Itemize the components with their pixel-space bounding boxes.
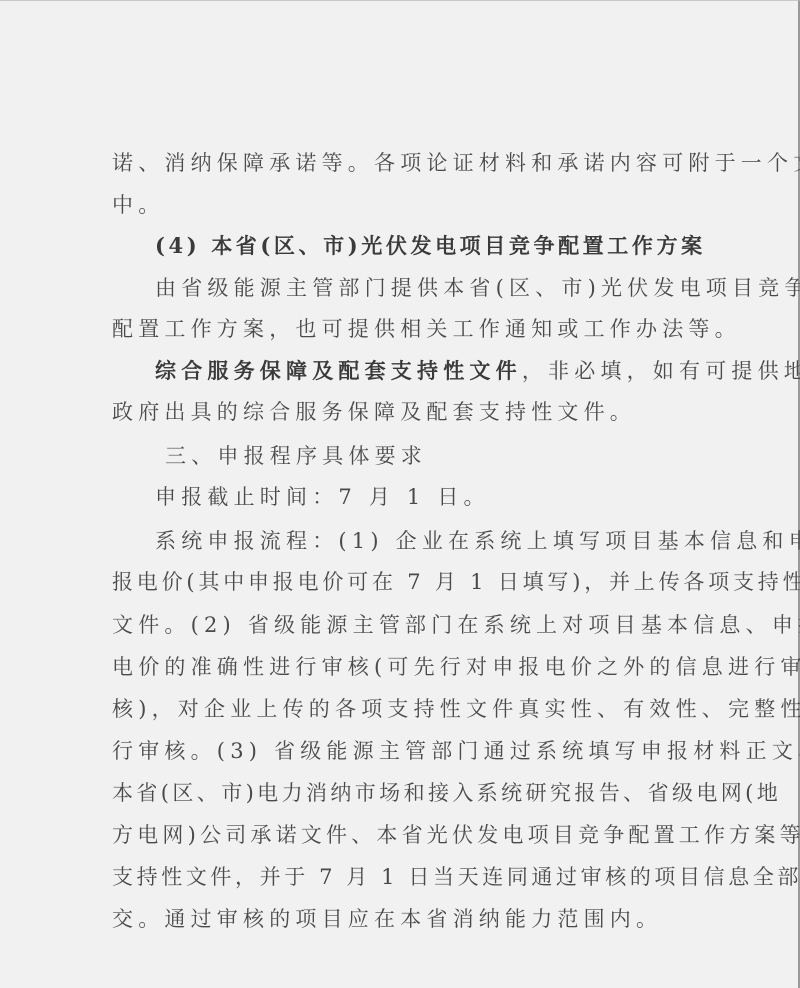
paragraph-line: 文件。(2) 省级能源主管部门在系统上对项目基本信息、申报 <box>112 613 712 637</box>
paragraph-line: 由省级能源主管部门提供本省(区、市)光伏发电项目竞争 <box>155 276 755 300</box>
paragraph-line: 交。通过审核的项目应在本省消纳能力范围内。 <box>112 907 712 931</box>
document-page: 诺、消纳保障承诺等。各项论证材料和承诺内容可附于一个文件 中。 (4) 本省(区… <box>0 0 800 988</box>
paragraph-line: 中。 <box>112 193 712 217</box>
section-heading: 三、申报程序具体要求 <box>165 444 765 468</box>
paragraph-line: 本省(区、市)电力消纳市场和接入系统研究报告、省级电网(地 <box>112 781 712 805</box>
paragraph-line: 报电价(其中申报电价可在 7 月 1 日填写)，并上传各项支持性 <box>112 570 712 594</box>
paragraph-line: 系统申报流程：(1) 企业在系统上填写项目基本信息和申 <box>155 529 755 553</box>
paragraph-line: 配置工作方案，也可提供相关工作通知或工作办法等。 <box>112 317 712 341</box>
paragraph-line: 电价的准确性进行审核(可先行对申报电价之外的信息进行审 <box>112 655 712 679</box>
paragraph-line: 综合服务保障及配套支持性文件，非必填，如有可提供地方 <box>155 359 755 383</box>
paragraph-line: 申报截止时间：7 月 1 日。 <box>155 485 755 509</box>
paragraph-text: ，非必填，如有可提供地方 <box>522 359 800 383</box>
subsection-heading: (4) 本省(区、市)光伏发电项目竞争配置工作方案 <box>155 234 755 258</box>
paragraph-line: 政府出具的综合服务保障及配套支持性文件。 <box>112 400 712 424</box>
paragraph-line: 方电网)公司承诺文件、本省光伏发电项目竞争配置工作方案等 <box>112 823 712 847</box>
paragraph-line: 行审核。(3) 省级能源主管部门通过系统填写申报材料正文、 <box>112 739 712 763</box>
paragraph-line: 支持性文件，并于 7 月 1 日当天连同通过审核的项目信息全部提 <box>112 865 712 889</box>
bold-term: 综合服务保障及配套支持性文件 <box>155 358 522 383</box>
paragraph-line: 核)，对企业上传的各项支持性文件真实性、有效性、完整性进 <box>112 697 712 721</box>
paragraph-line: 诺、消纳保障承诺等。各项论证材料和承诺内容可附于一个文件 <box>112 151 712 175</box>
